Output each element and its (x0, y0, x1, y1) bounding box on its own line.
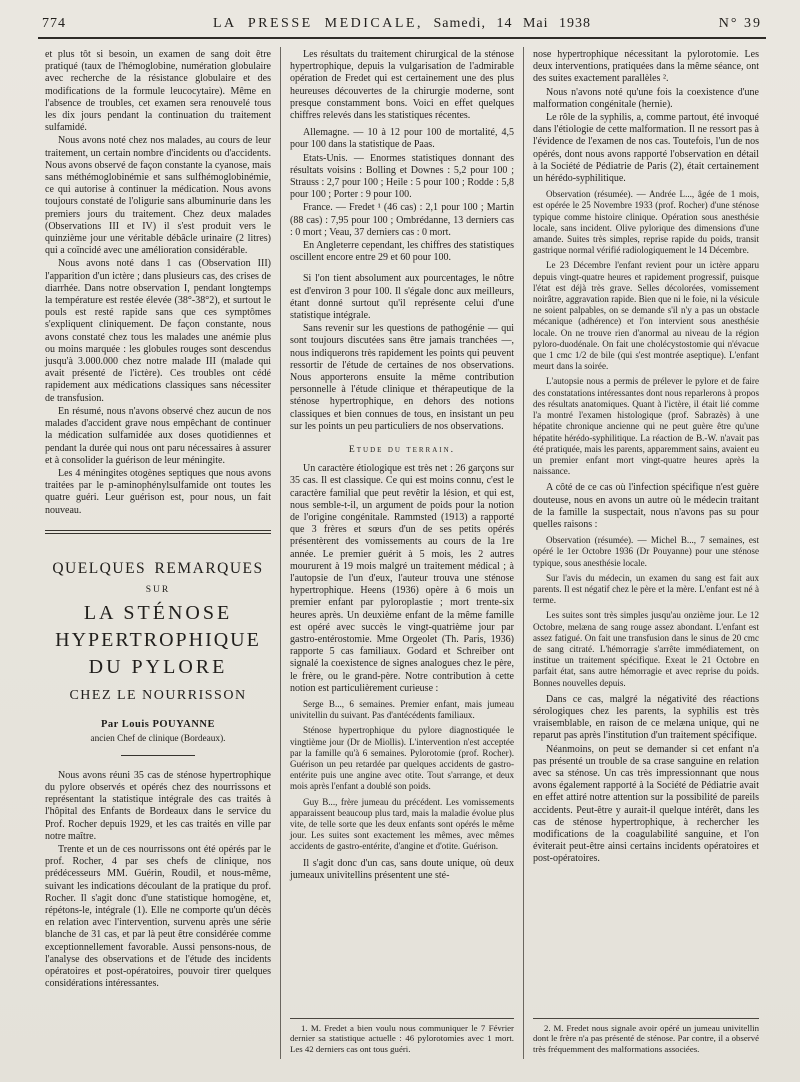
statistic-paragraph: Etats-Unis. — Enormes statistiques donna… (290, 153, 514, 202)
column-1: et plus tôt si besoin, un examen de sang… (36, 47, 280, 1059)
paragraph: Le rôle de la syphilis, a, comme partout… (533, 112, 759, 185)
spacer (290, 265, 514, 273)
observation-paragraph: Observation (résumée). — Andrée L..., âg… (533, 189, 759, 256)
paragraph: Nous avons noté dans 1 cas (Observation … (45, 258, 271, 404)
article-separator-rule (45, 530, 271, 534)
journal-page: 774 LA PRESSE MEDICALE, Samedi, 14 Mai 1… (0, 0, 800, 1082)
paragraph: Un caractère étiologique est très net : … (290, 463, 514, 695)
paragraph: Trente et un de ces nourrissons ont été … (45, 844, 271, 990)
observation-paragraph: Les suites sont très simples jusqu'au on… (533, 610, 759, 688)
footnote-block: 1. M. Fredet a bien voulu nous communiqu… (290, 1018, 514, 1059)
paragraph: En résumé, nous n'avons observé chez auc… (45, 406, 271, 467)
column-3: nose hypertrophique nécessitant la pylor… (524, 47, 768, 1059)
footnote: 2. M. Fredet nous signale avoir opéré un… (533, 1023, 759, 1055)
statistic-paragraph: Allemagne. — 10 à 12 pour 100 de mortali… (290, 127, 514, 151)
observation-paragraph: Sur l'avis du médecin, un examen du sang… (533, 573, 759, 607)
author-affiliation: ancien Chef de clinique (Bordeaux). (45, 734, 271, 744)
journal-masthead: LA PRESSE MEDICALE, Samedi, 14 Mai 1938 (132, 16, 672, 32)
observation-paragraph: Observation (résumée). — Michel B..., 7 … (533, 535, 759, 569)
article-title-line: LA STÉNOSE (45, 602, 271, 625)
observation-paragraph: L'autopsie nous a permis de prélever le … (533, 376, 759, 477)
footnote-rule (290, 1018, 514, 1019)
text-columns: et plus tôt si besoin, un examen de sang… (36, 47, 768, 1059)
issue-date: Samedi, 14 Mai 1938 (433, 16, 591, 31)
paragraph: A côté de ce cas où l'infection spécifiq… (533, 482, 759, 531)
observation-paragraph: Le 23 Décembre l'enfant revient pour un … (533, 260, 759, 372)
header-rule (38, 37, 766, 39)
paragraph: Les résultats du traitement chirurgical … (290, 49, 514, 122)
column-2: Les résultats du traitement chirurgical … (280, 47, 524, 1059)
issue-number: N° 39 (672, 16, 762, 32)
paragraph: Nous avons noté chez nos malades, au cou… (45, 135, 271, 257)
paragraph: Néanmoins, on peut se demander si cet en… (533, 744, 759, 866)
observation-paragraph: Guy B..., frère jumeau du précédent. Les… (290, 797, 514, 853)
page-header: 774 LA PRESSE MEDICALE, Samedi, 14 Mai 1… (36, 10, 768, 37)
article-title-line: CHEZ LE NOURRISSON (45, 688, 271, 704)
footnote-block: 2. M. Fredet nous signale avoir opéré un… (533, 1018, 759, 1059)
article-title-line: DU PYLORE (45, 656, 271, 679)
paragraph: Les 4 méningites otogènes septiques que … (45, 468, 271, 517)
page-number: 774 (42, 16, 132, 32)
paragraph: Nous avons réuni 35 cas de sténose hyper… (45, 770, 271, 843)
article-title-line: HYPERTROPHIQUE (45, 629, 271, 652)
paragraph: Sans revenir sur les questions de pathog… (290, 323, 514, 433)
author-byline: Par Louis POUYANNE (45, 719, 271, 730)
article-title-block: QUELQUES REMARQUES SUR LA STÉNOSE HYPERT… (45, 560, 271, 770)
footnote: 1. M. Fredet a bien voulu nous communiqu… (290, 1023, 514, 1055)
paragraph: et plus tôt si besoin, un examen de sang… (45, 49, 271, 134)
statistic-paragraph: En Angleterre cependant, les chiffres de… (290, 240, 514, 264)
paragraph: Nous n'avons noté qu'une fois la coexist… (533, 87, 759, 111)
footnote-rule (533, 1018, 759, 1019)
statistic-paragraph: France. — Fredet ¹ (46 cas) : 2,1 pour 1… (290, 202, 514, 239)
observation-paragraph: Sténose hypertrophique du pylore diagnos… (290, 725, 514, 792)
paragraph: Si l'on tient absolument aux pourcentage… (290, 273, 514, 322)
observation-paragraph: Serge B..., 6 semaines. Premier enfant, … (290, 699, 514, 721)
paragraph: Il s'agit donc d'un cas, sans doute uniq… (290, 858, 514, 882)
paragraph: Dans ce cas, malgré la négativité des ré… (533, 694, 759, 743)
title-rule (121, 755, 195, 756)
paragraph: nose hypertrophique nécessitant la pylor… (533, 49, 759, 86)
section-heading: Etude du terrain. (290, 444, 514, 455)
journal-title: LA PRESSE MEDICALE, (213, 16, 423, 31)
article-title-line: SUR (45, 585, 271, 595)
article-title-line: QUELQUES REMARQUES (45, 560, 271, 578)
